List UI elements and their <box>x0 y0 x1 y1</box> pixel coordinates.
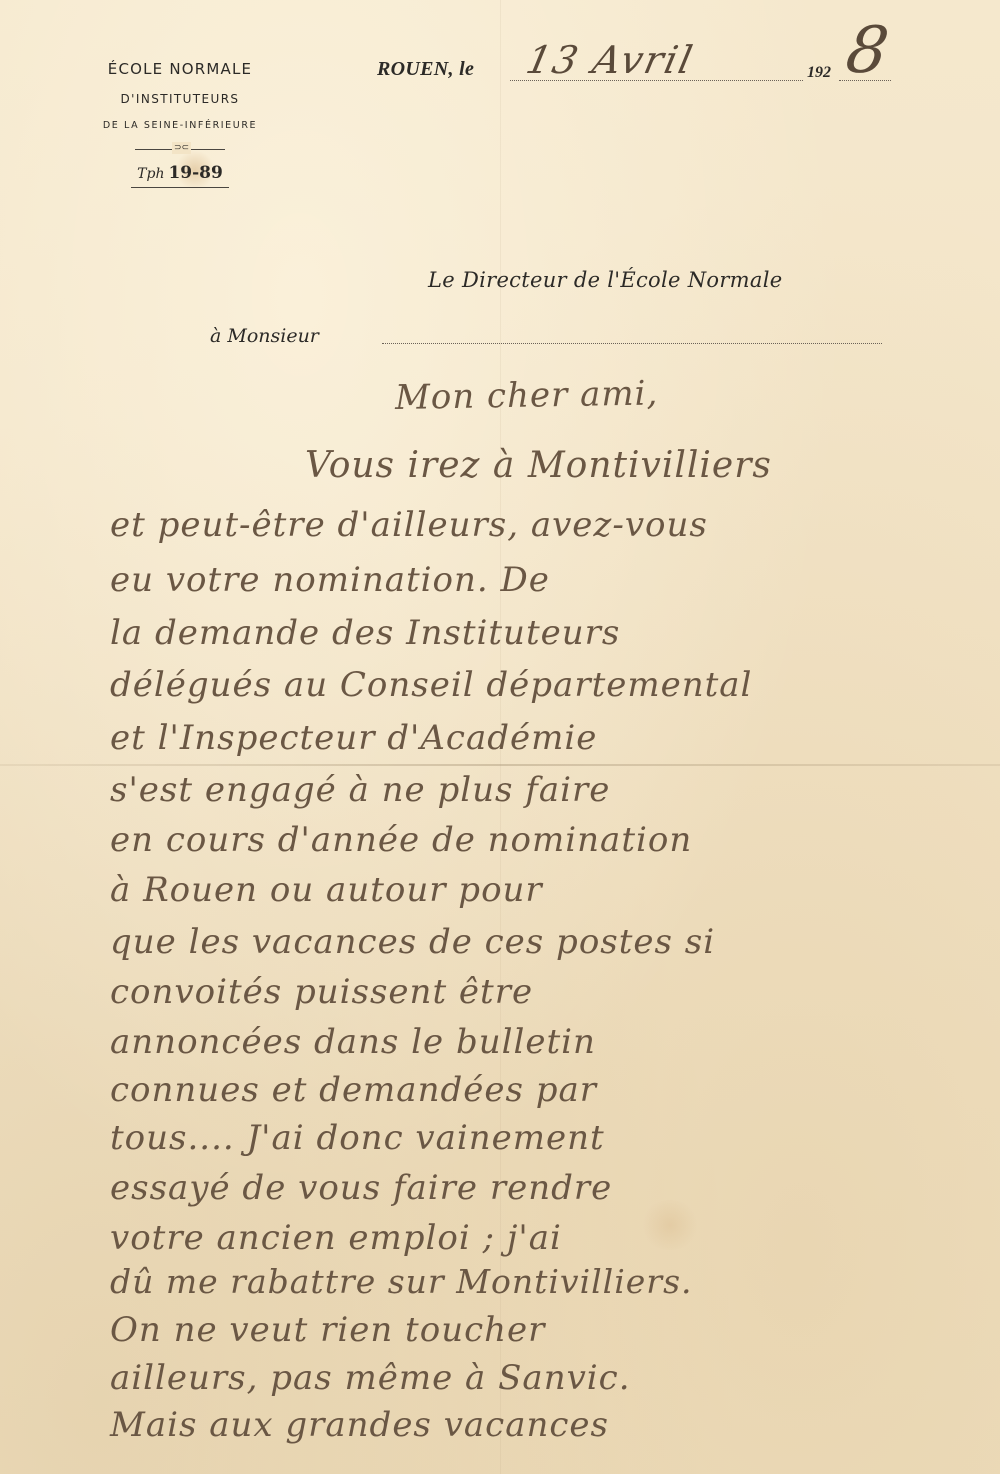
letter-line: connues et demandées par <box>110 1070 597 1110</box>
letter-line: On ne veut rien toucher <box>110 1310 545 1350</box>
letter-page: ÉCOLE NORMALE D'INSTITUTEURS DE LA SEINE… <box>0 0 1000 1474</box>
letter-line: convoités puissent être <box>110 972 533 1012</box>
letter-line: dû me rabattre sur Montivilliers. <box>110 1262 693 1301</box>
letter-line: Vous irez à Montivilliers <box>305 445 772 486</box>
letter-line: en cours d'année de nomination <box>110 820 692 860</box>
letter-body: Mon cher ami, Vous irez à Montivilliers … <box>0 0 1000 1474</box>
letter-line: la demande des Instituteurs <box>110 613 620 653</box>
letter-line: tous.... J'ai donc vainement <box>110 1118 605 1158</box>
letter-line: eu votre nomination. De <box>110 560 550 600</box>
letter-line: ailleurs, pas même à Sanvic. <box>110 1358 631 1398</box>
letter-line: annoncées dans le bulletin <box>110 1022 596 1062</box>
letter-line: que les vacances de ces postes si <box>110 922 715 962</box>
letter-line: et l'Inspecteur d'Académie <box>110 718 597 758</box>
letter-line: Mais aux grandes vacances <box>110 1405 609 1445</box>
letter-line: et peut-être d'ailleurs, avez-vous <box>110 505 708 545</box>
letter-line: votre ancien emploi ; j'ai <box>110 1218 562 1258</box>
salutation: Mon cher ami, <box>395 373 659 418</box>
letter-line: à Rouen ou autour pour <box>110 870 543 910</box>
letter-line: essayé de vous faire rendre <box>110 1168 612 1208</box>
letter-line: s'est engagé à ne plus faire <box>110 770 610 810</box>
letter-line: délégués au Conseil départemental <box>110 665 752 705</box>
